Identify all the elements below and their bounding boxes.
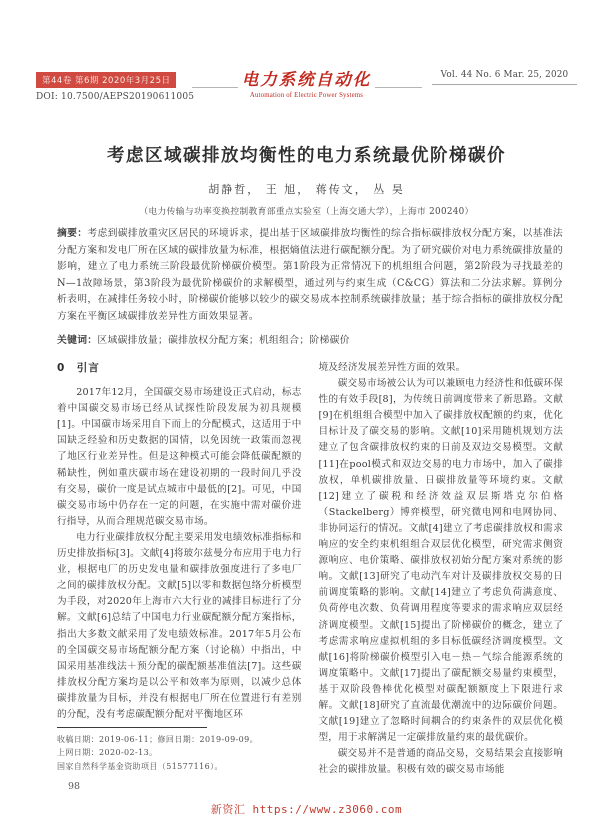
affiliation: （电力传输与功率变换控制教育部重点实验室（上海交通大学），上海市 200240） xyxy=(48,204,565,217)
left-paragraph-2: 电力行业碳排放权分配主要采用发电绩效标准指标和历史排放指标[3]。文献[4]将玻… xyxy=(57,530,302,723)
abstract-label: 摘要： xyxy=(57,228,87,239)
right-paragraph-2: 碳交易并不是普通的商品交易，交易结果会直接影响社会的碳排放量。积极有效的碳交易市… xyxy=(319,746,564,778)
watermark-text: 新资汇 https://www.z3060.com xyxy=(0,801,613,817)
abstract-block: 摘要：考虑到碳排放重灾区居民的环境诉求，提出基于区域碳排放均衡性的综合指标碳排放… xyxy=(57,226,563,349)
journal-header: 第44卷 第6期 2020年3月25日 DOI: 10.7500/AEPS201… xyxy=(36,66,577,110)
journal-logo: 电力系统自动化 Automation of Electric Power Sys… xyxy=(192,66,422,99)
logo-right-rule xyxy=(375,87,421,88)
keywords-label: 关键词： xyxy=(57,335,97,346)
page-number: 98 xyxy=(68,781,80,792)
footnote-block: 收稿日期：2019-06-11；修回日期：2019-09-09。 上网日期：20… xyxy=(57,725,302,774)
journal-logo-row: 电力系统自动化 xyxy=(192,66,422,90)
journal-name-en: Automation of Electric Power Systems xyxy=(192,92,422,99)
footnote-online-date: 上网日期：2020-02-13。 xyxy=(57,746,302,760)
author-list: 胡静哲， 王 旭， 蒋传文， 丛 昊 xyxy=(48,181,565,197)
volume-info-en: Vol. 44 No. 6 Mar. 25, 2020 xyxy=(432,70,577,85)
abstract-text: 考虑到碳排放重灾区居民的环境诉求，提出基于区域碳排放均衡性的综合指标碳排放权分配… xyxy=(57,228,563,322)
right-column: 境及经济发展差异性方面的效果。 碳交易市场被公认为可以兼顾电力经济性和低碳环保性… xyxy=(319,360,564,773)
journal-page: 第44卷 第6期 2020年3月25日 DOI: 10.7500/AEPS201… xyxy=(0,0,613,825)
section-0-heading: 0 引言 xyxy=(57,360,302,376)
keywords-line: 关键词：区域碳排放量；碳排放权分配方案；机组组合；阶梯碳价 xyxy=(57,333,563,350)
logo-left-rule xyxy=(192,87,238,88)
journal-name-cn: 电力系统自动化 xyxy=(238,66,376,90)
left-column: 0 引言 2017年12月，全国碳交易市场建设正式启动，标志着中国碳交易市场已经… xyxy=(57,360,302,773)
body-columns: 0 引言 2017年12月，全国碳交易市场建设正式启动，标志着中国碳交易市场已经… xyxy=(57,360,563,773)
article-title: 考虑区域碳排放均衡性的电力系统最优阶梯碳价 xyxy=(48,142,565,167)
title-block: 考虑区域碳排放均衡性的电力系统最优阶梯碳价 胡静哲， 王 旭， 蒋传文， 丛 昊… xyxy=(48,142,565,217)
left-paragraph-1: 2017年12月，全国碳交易市场建设正式启动，标志着中国碳交易市场已经从试探性阶… xyxy=(57,385,302,530)
abstract-paragraph: 摘要：考虑到碳排放重灾区居民的环境诉求，提出基于区域碳排放均衡性的综合指标碳排放… xyxy=(57,226,563,326)
footnote-rule xyxy=(57,727,207,728)
keywords-text: 区域碳排放量；碳排放权分配方案；机组组合；阶梯碳价 xyxy=(97,335,349,346)
right-paragraph-1: 碳交易市场被公认为可以兼顾电力经济性和低碳环保性的有效手段[8]，为传统日前调度… xyxy=(319,376,564,746)
footnote-funding: 国家自然科学基金资助项目（51577116）。 xyxy=(57,760,302,774)
footnote-received-date: 收稿日期：2019-06-11；修回日期：2019-09-09。 xyxy=(57,733,302,747)
right-paragraph-0: 境及经济发展差异性方面的效果。 xyxy=(319,360,564,376)
issue-badge: 第44卷 第6期 2020年3月25日 xyxy=(36,72,176,89)
